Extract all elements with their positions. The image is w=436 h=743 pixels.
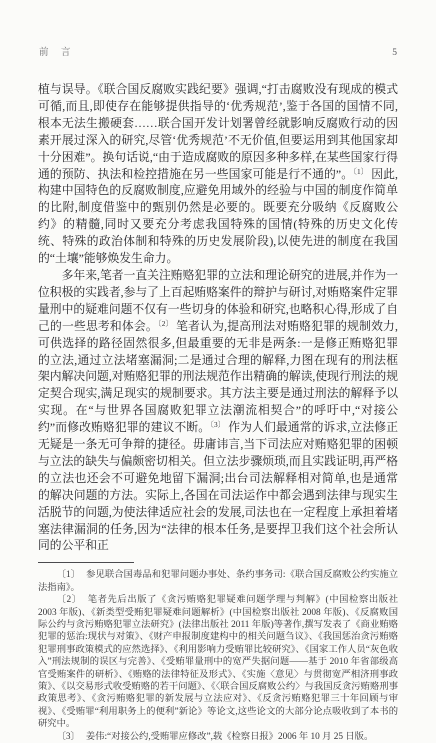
footnote-text: 笔者先后出版了《贪污贿赂犯罪疑难问题学理与判解》(中国检察出版社 2003 年版… — [38, 595, 398, 700]
footnotes: 〔1〕参见联合国毒品和犯罪问题办事处、条约事务司:《联合国反腐败公约实施立法指南… — [38, 569, 398, 700]
footnote: 〔2〕笔者先后出版了《贪污贿赂犯罪疑难问题学理与判解》(中国检察出版社 2003… — [38, 594, 398, 700]
paragraph: 植与误导。《联合国反腐败实践纪要》强调,“打击腐败没有现成的模式可循,而且,即使… — [38, 81, 398, 267]
page-header: 前 言 5 — [38, 44, 398, 58]
footnote-separator — [38, 562, 134, 563]
footnote: 〔1〕参见联合国毒品和犯罪问题办事处、条约事务司:《联合国反腐败公约实施立法指南… — [38, 569, 398, 594]
page-number: 5 — [392, 48, 397, 58]
document-page: 前 言 5 植与误导。《联合国反腐败实践纪要》强调,“打击腐败没有现成的模式可循… — [0, 0, 436, 700]
footnote-ref: 〔1〕 — [353, 167, 368, 176]
footnote-ref: 〔3〕 — [210, 420, 225, 429]
paragraph: 多年来,笔者一直关注贿赂犯罪的立法和理论研究的进展,并作为一位积极的实践者,参与… — [38, 267, 398, 554]
footnote-ref: 〔2〕 — [158, 319, 173, 328]
footnote-marker: 〔1〕 — [57, 570, 80, 580]
footnote-marker: 〔2〕 — [57, 595, 82, 605]
running-title: 前 言 — [39, 44, 75, 58]
text-run: 作为人们最通常的诉求,立法修正无疑是一条无可争辩的捷径。毋庸讳言,当下司法应对贿… — [38, 420, 398, 552]
footnote-text: 参见联合国毒品和犯罪问题办事处、条约事务司:《联合国反腐败公约实施立法指南》。 — [38, 570, 398, 592]
body-text: 植与误导。《联合国反腐败实践纪要》强调,“打击腐败没有现成的模式可循,而且,即使… — [38, 81, 398, 554]
text-run: 因此,构建中国特色的反腐败制度,应避免用域外的经验与中国的制度作简单的比附,制度… — [38, 167, 398, 266]
text-run: 植与误导。《联合国反腐败实践纪要》强调,“打击腐败没有现成的模式可循,而且,即使… — [38, 82, 398, 181]
text-run: 笔者认为,提高刑法对贿赂犯罪的规制效力,可供选择的路径固然很多,但最重要的无非是… — [38, 319, 398, 434]
